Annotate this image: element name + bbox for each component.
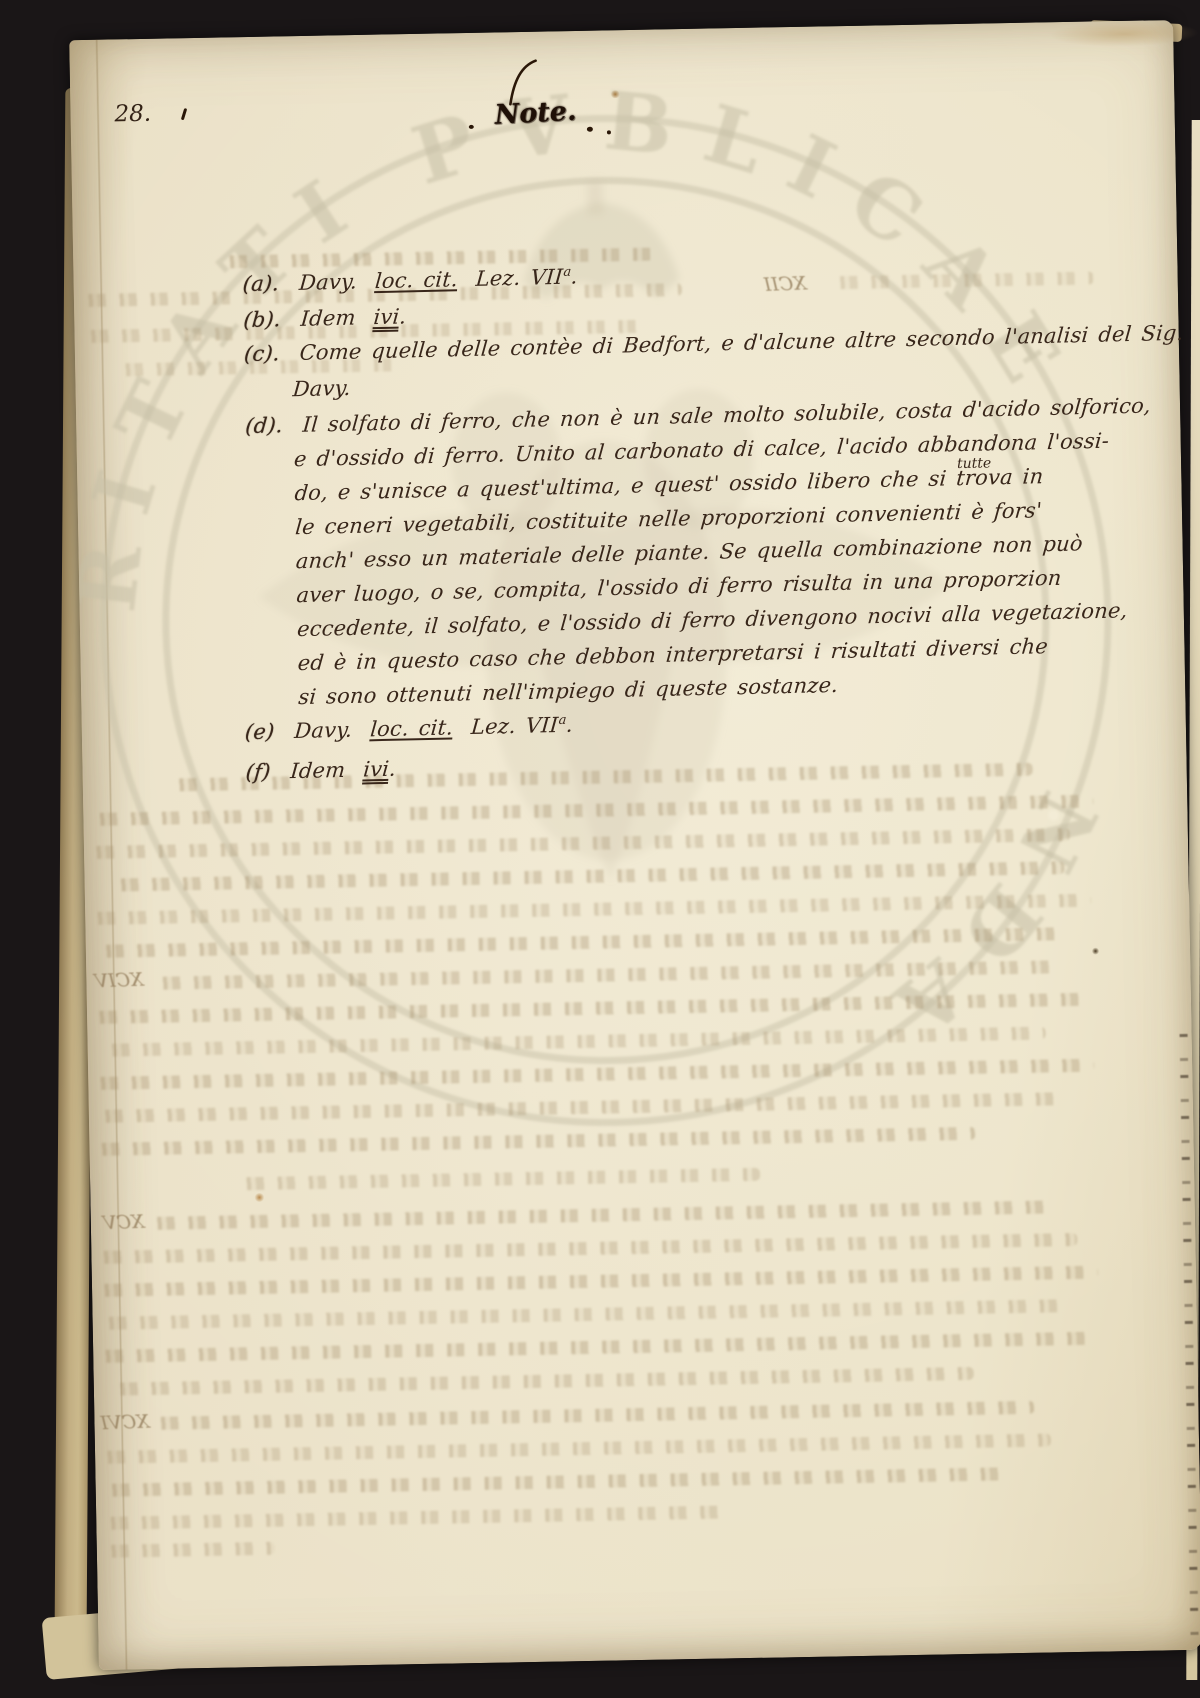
manuscript-page: RITATI PVBLICAE NDA XCII XCIV XCV [69, 20, 1200, 1670]
bleed-line [98, 1266, 1098, 1297]
bleed-line [114, 1367, 974, 1396]
bleed-line [100, 927, 1060, 958]
note-a-lecture: Lez. VII [475, 265, 564, 291]
note-e-cited: loc. cit. [369, 715, 454, 741]
bleed-line [106, 1027, 1046, 1057]
note-c-line2: Davy. [292, 377, 352, 401]
ink-dot [607, 130, 611, 134]
bleed-line [103, 1299, 1063, 1330]
bleed-fragment-xcii: XCII [763, 272, 807, 296]
bleed-line [104, 1505, 724, 1529]
foxing-spot [254, 1193, 264, 1202]
bleed-line [90, 828, 1070, 859]
note-d-line8: ed è in questo caso che debbon interpret… [297, 635, 1049, 675]
note-f-label: (f) [245, 760, 272, 785]
note-e-author: Davy. [293, 718, 353, 743]
foxing-spot [1092, 948, 1099, 955]
note-e-label: (e) [244, 719, 275, 744]
foxing-spot [1045, 808, 1061, 822]
note-a-cited: loc. cit. [374, 267, 459, 293]
note-f-ivi: ivi [362, 757, 390, 782]
bleed-line [834, 272, 1094, 290]
bleed-line [93, 993, 1083, 1024]
bleed-line [115, 861, 1065, 891]
note-d-line9: si sono ottenuti nell'impiego di queste … [297, 674, 839, 709]
bleed-fragment-xcvi: XCVI [100, 1411, 150, 1435]
note-e-lecture: Lez. VII [470, 713, 559, 739]
note-f: (f) Idem ivi. [245, 758, 397, 785]
bleed-line [94, 1059, 1094, 1090]
note-c-text2: Davy. [292, 376, 352, 401]
bleed-line [156, 960, 1056, 989]
bleed-line [154, 1401, 1034, 1430]
note-a-label: (a). [242, 271, 280, 296]
note-d-line6: aver luogo, o se, compita, l'ossido di f… [296, 567, 1063, 607]
bleed-line [106, 1467, 1006, 1496]
note-b-label: (b). [243, 307, 282, 332]
foxing-spot [610, 90, 620, 98]
note-b-ivi: ivi [373, 305, 401, 330]
bleed-line [105, 1542, 275, 1558]
bleed-fragment-xciv: XCIV [94, 969, 144, 993]
page-title: Note. [494, 96, 577, 131]
note-a-author: Davy. [298, 269, 358, 294]
scanned-book-photo: { "page": { "number": "28.", "title": "N… [0, 0, 1200, 1698]
bleed-line [97, 1233, 1077, 1264]
ink-dot [587, 127, 593, 132]
note-f-idem: Idem [289, 758, 346, 783]
note-e-end: . [565, 713, 574, 737]
bleed-line [95, 1127, 975, 1156]
note-d-inserted-word: tutte [957, 455, 991, 472]
page-number: 28. [114, 101, 151, 128]
ink-tick [181, 108, 187, 120]
bleed-line [99, 1092, 1059, 1123]
bleed-line [101, 1433, 1051, 1463]
note-b-idem: Idem [300, 306, 357, 331]
bleed-line [151, 1200, 1051, 1229]
note-d-line4: le ceneri vegetabili, costituite nelle p… [294, 499, 1043, 539]
note-d-label: (d). [244, 413, 283, 438]
ink-dot [469, 125, 474, 129]
stain-top-right [1049, 20, 1199, 49]
bleed-line [99, 1332, 1089, 1363]
bleed-line [240, 1168, 760, 1191]
note-d-line3: do, e s'unisce a quest'ultima, e quest' … [294, 465, 1045, 505]
note-c-label: (c). [243, 341, 281, 366]
bleed-line [223, 248, 653, 269]
bleed-line [93, 795, 1093, 826]
note-b: (b). Idem ivi. [243, 305, 408, 332]
bleed-fragment-xcv: XCV [102, 1211, 144, 1234]
note-e: (e) Davy. loc. cit. Lez. VIIa. [244, 714, 574, 745]
bleed-line [91, 894, 1091, 925]
